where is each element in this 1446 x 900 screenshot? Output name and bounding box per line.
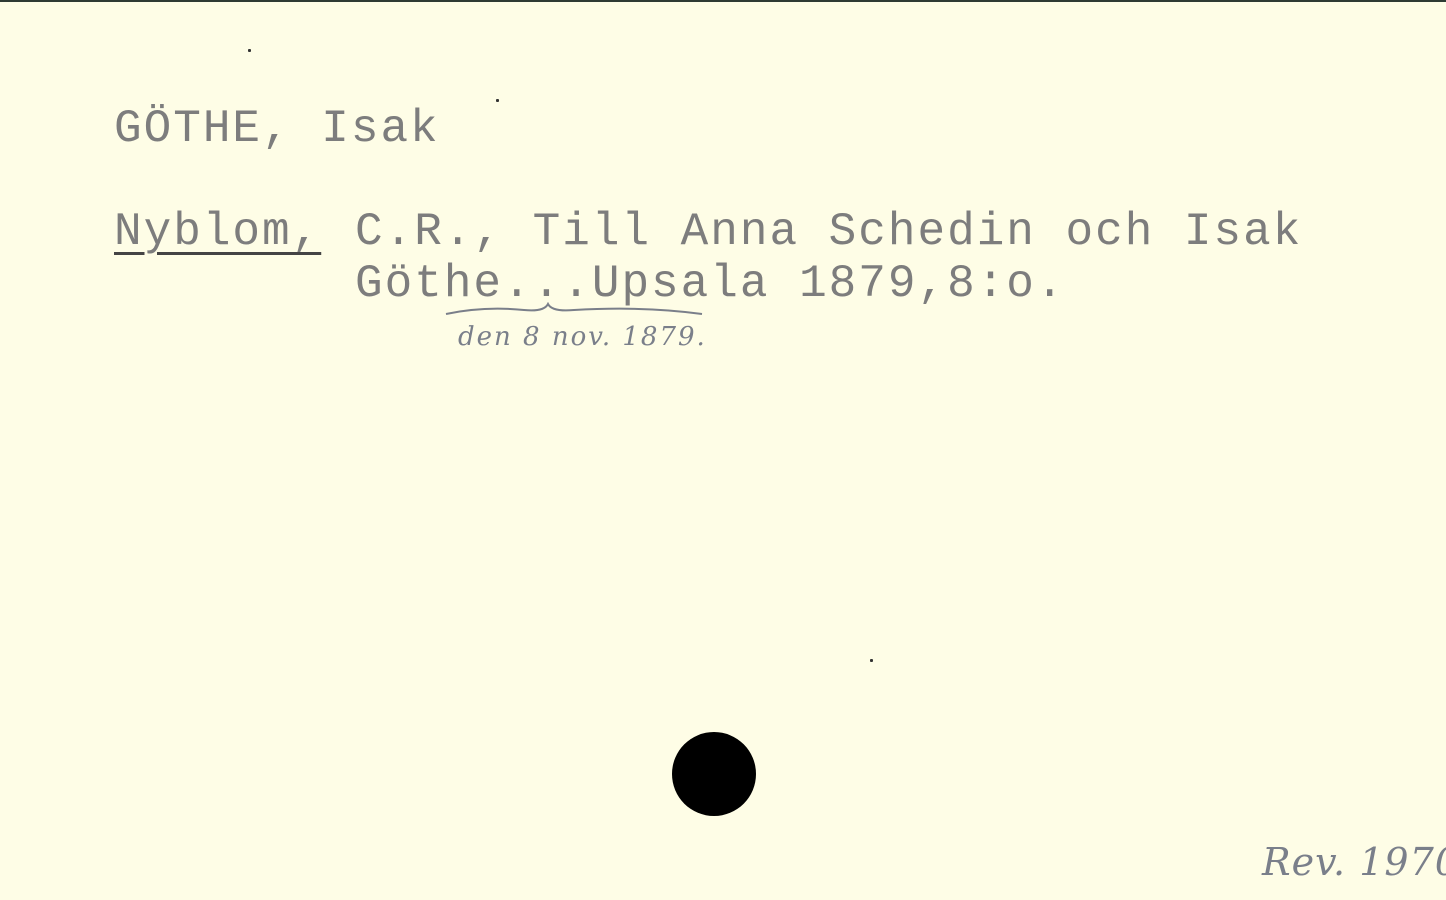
catalog-card: GÖTHE, Isak Nyblom, C.R., Till Anna Sche…: [0, 0, 1446, 900]
entry-author: Nyblom,: [114, 209, 321, 255]
speck: [870, 659, 873, 662]
speck: [248, 49, 251, 52]
entry-title-line-2: Göthe...Upsala 1879,8:o.: [355, 261, 1066, 307]
card-heading: GÖTHE, Isak: [114, 106, 440, 152]
handwritten-date-note: den 8 nov. 1879.: [458, 322, 707, 352]
entry-title-line-1: C.R., Till Anna Schedin och Isak: [355, 209, 1302, 255]
punch-hole: [672, 732, 756, 816]
speck: [496, 99, 499, 102]
revision-note: Rev. 1970: [1262, 840, 1446, 884]
handwritten-brace: [444, 302, 706, 322]
